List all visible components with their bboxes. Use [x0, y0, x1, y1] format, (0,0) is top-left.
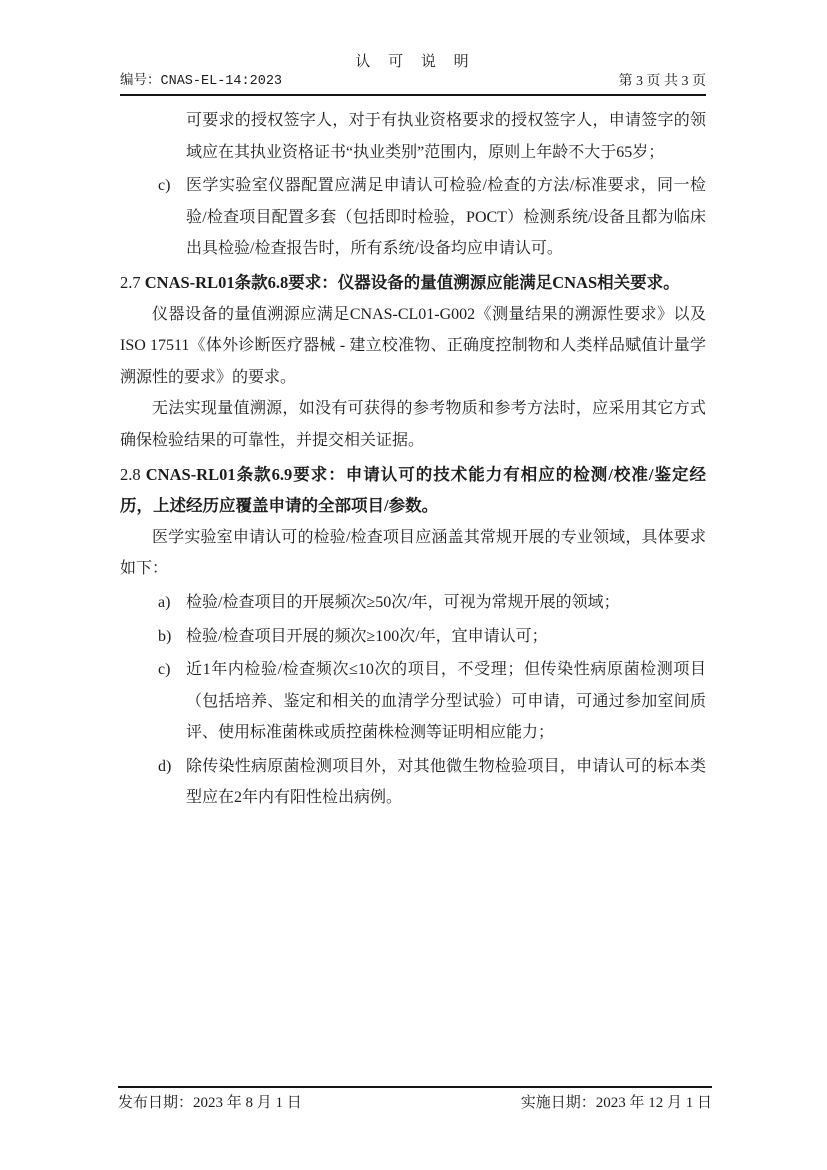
header-meta-row: 编号：CNAS-EL-14:2023 第 3 页 共 3 页 — [120, 72, 706, 96]
list-item-c-frequency: c) 近1年内检验/检查频次≤10次的项目，不受理；但传染性病原菌检测项目（包括… — [120, 654, 706, 749]
page-sheet: 认 可 说 明 编号：CNAS-EL-14:2023 第 3 页 共 3 页 可… — [120, 52, 706, 814]
list-item-label: c) — [158, 170, 170, 202]
list-item-text: 除传染性病原菌检测项目外，对其他微生物检验项目，申请认可的标本类型应在2年内有阳… — [186, 758, 706, 807]
continuation-paragraph: 可要求的授权签字人，对于有执业资格要求的授权签字人，申请签字的领域应在其执业资格… — [120, 105, 706, 168]
section-heading-text: CNAS-RL01条款6.8要求：仪器设备的量值溯源应能满足CNAS相关要求。 — [145, 273, 680, 292]
list-item-label: b) — [158, 621, 171, 653]
section-heading-text: CNAS-RL01条款6.9要求：申请认可的技术能力有相应的检测/校准/鉴定经历… — [120, 465, 706, 516]
section-number: 2.7 — [120, 273, 141, 292]
list-item-text: 检验/检查项目开展的频次≥100次/年，宜申请认可； — [186, 628, 548, 645]
list-item-a: a) 检验/检查项目的开展频次≥50次/年，可视为常规开展的领域； — [120, 587, 706, 619]
document-title: 认 可 说 明 — [120, 52, 706, 72]
section-heading-2-7: 2.7 CNAS-RL01条款6.8要求：仪器设备的量值溯源应能满足CNAS相关… — [120, 267, 706, 299]
page-indicator: 第 3 页 共 3 页 — [619, 72, 707, 91]
release-date: 发布日期：2023 年 8 月 1 日 — [118, 1093, 302, 1113]
list-item-label: a) — [158, 587, 170, 619]
document-number: 编号：CNAS-EL-14:2023 — [120, 72, 282, 91]
list-item-text: 医学实验室仪器配置应满足申请认可检验/检查的方法/标准要求，同一检验/检查项目配… — [186, 177, 706, 257]
document-header: 认 可 说 明 编号：CNAS-EL-14:2023 第 3 页 共 3 页 — [120, 52, 706, 96]
document-footer: 发布日期：2023 年 8 月 1 日 实施日期：2023 年 12 月 1 日 — [118, 1086, 712, 1113]
body-paragraph-traceability-1: 仪器设备的量值溯源应满足CNAS-CL01-G002《测量结果的溯源性要求》以及… — [120, 299, 706, 394]
document-page: { "header": { "title": "认 可 说 明", "doc_n… — [0, 0, 827, 1170]
document-body: 可要求的授权签字人，对于有执业资格要求的授权签字人，申请签字的领域应在其执业资格… — [120, 105, 706, 814]
section-heading-2-8: 2.8 CNAS-RL01条款6.9要求：申请认可的技术能力有相应的检测/校准/… — [120, 459, 706, 522]
list-item-label: d) — [158, 751, 171, 783]
body-paragraph-traceability-2: 无法实现量值溯源，如没有可获得的参考物质和参考方法时，应采用其它方式确保检验结果… — [120, 393, 706, 456]
list-item-b: b) 检验/检查项目开展的频次≥100次/年，宜申请认可； — [120, 621, 706, 653]
list-item-c-instruments: c) 医学实验室仪器配置应满足申请认可检验/检查的方法/标准要求，同一检验/检查… — [120, 170, 706, 265]
list-item-text: 近1年内检验/检查频次≤10次的项目，不受理；但传染性病原菌检测项目（包括培养、… — [186, 661, 706, 741]
section-number: 2.8 — [120, 465, 141, 484]
list-item-text: 检验/检查项目的开展频次≥50次/年，可视为常规开展的领域； — [186, 594, 620, 611]
implementation-date: 实施日期：2023 年 12 月 1 日 — [521, 1093, 712, 1113]
list-item-d: d) 除传染性病原菌检测项目外，对其他微生物检验项目，申请认可的标本类型应在2年… — [120, 751, 706, 814]
list-item-label: c) — [158, 654, 170, 686]
body-paragraph-scope-intro: 医学实验室申请认可的检验/检查项目应涵盖其常规开展的专业领域，具体要求如下： — [120, 522, 706, 585]
